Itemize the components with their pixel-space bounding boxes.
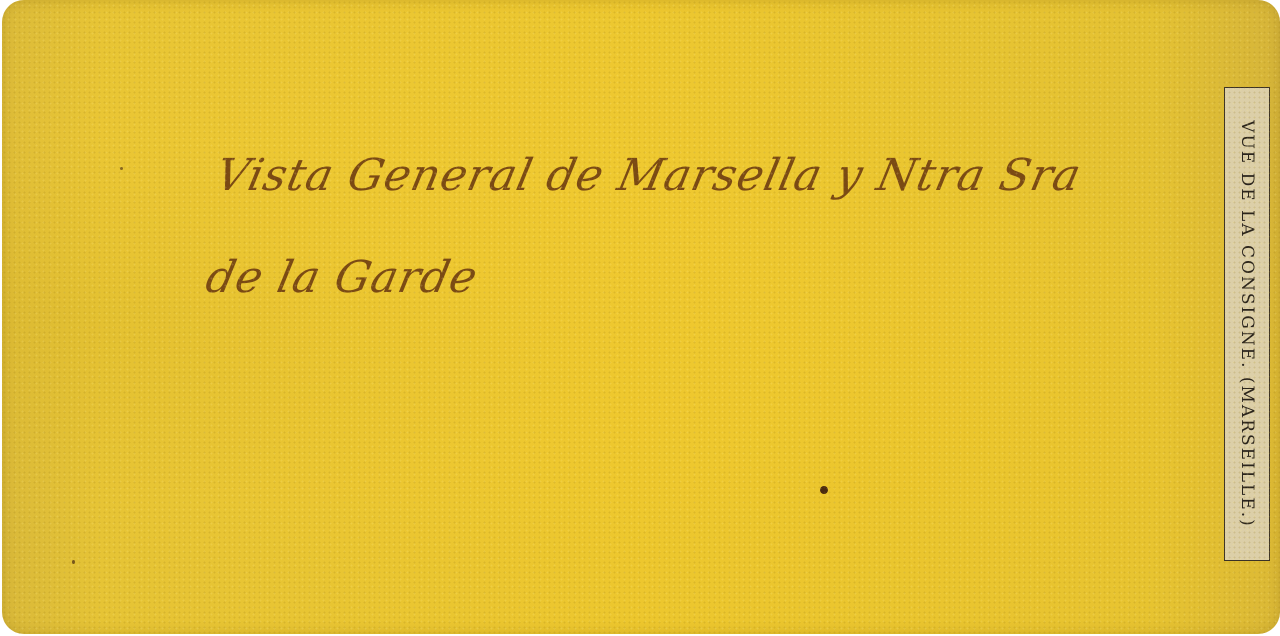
handwritten-title-line-2: de la Garde [202,252,483,303]
ink-spot-small [72,560,75,564]
ink-spot [820,486,828,494]
handwritten-title-line-1: Vista General de Marsella y Ntra Sra [212,150,1086,201]
printed-title-text: VUE DE LA CONSIGNE. (MARSEILLE.) [1237,120,1257,528]
stereoview-card-back: Vista General de Marsella y Ntra Sra de … [2,0,1280,634]
ink-spot-small [120,167,123,170]
printed-title-label: VUE DE LA CONSIGNE. (MARSEILLE.) [1224,87,1270,561]
